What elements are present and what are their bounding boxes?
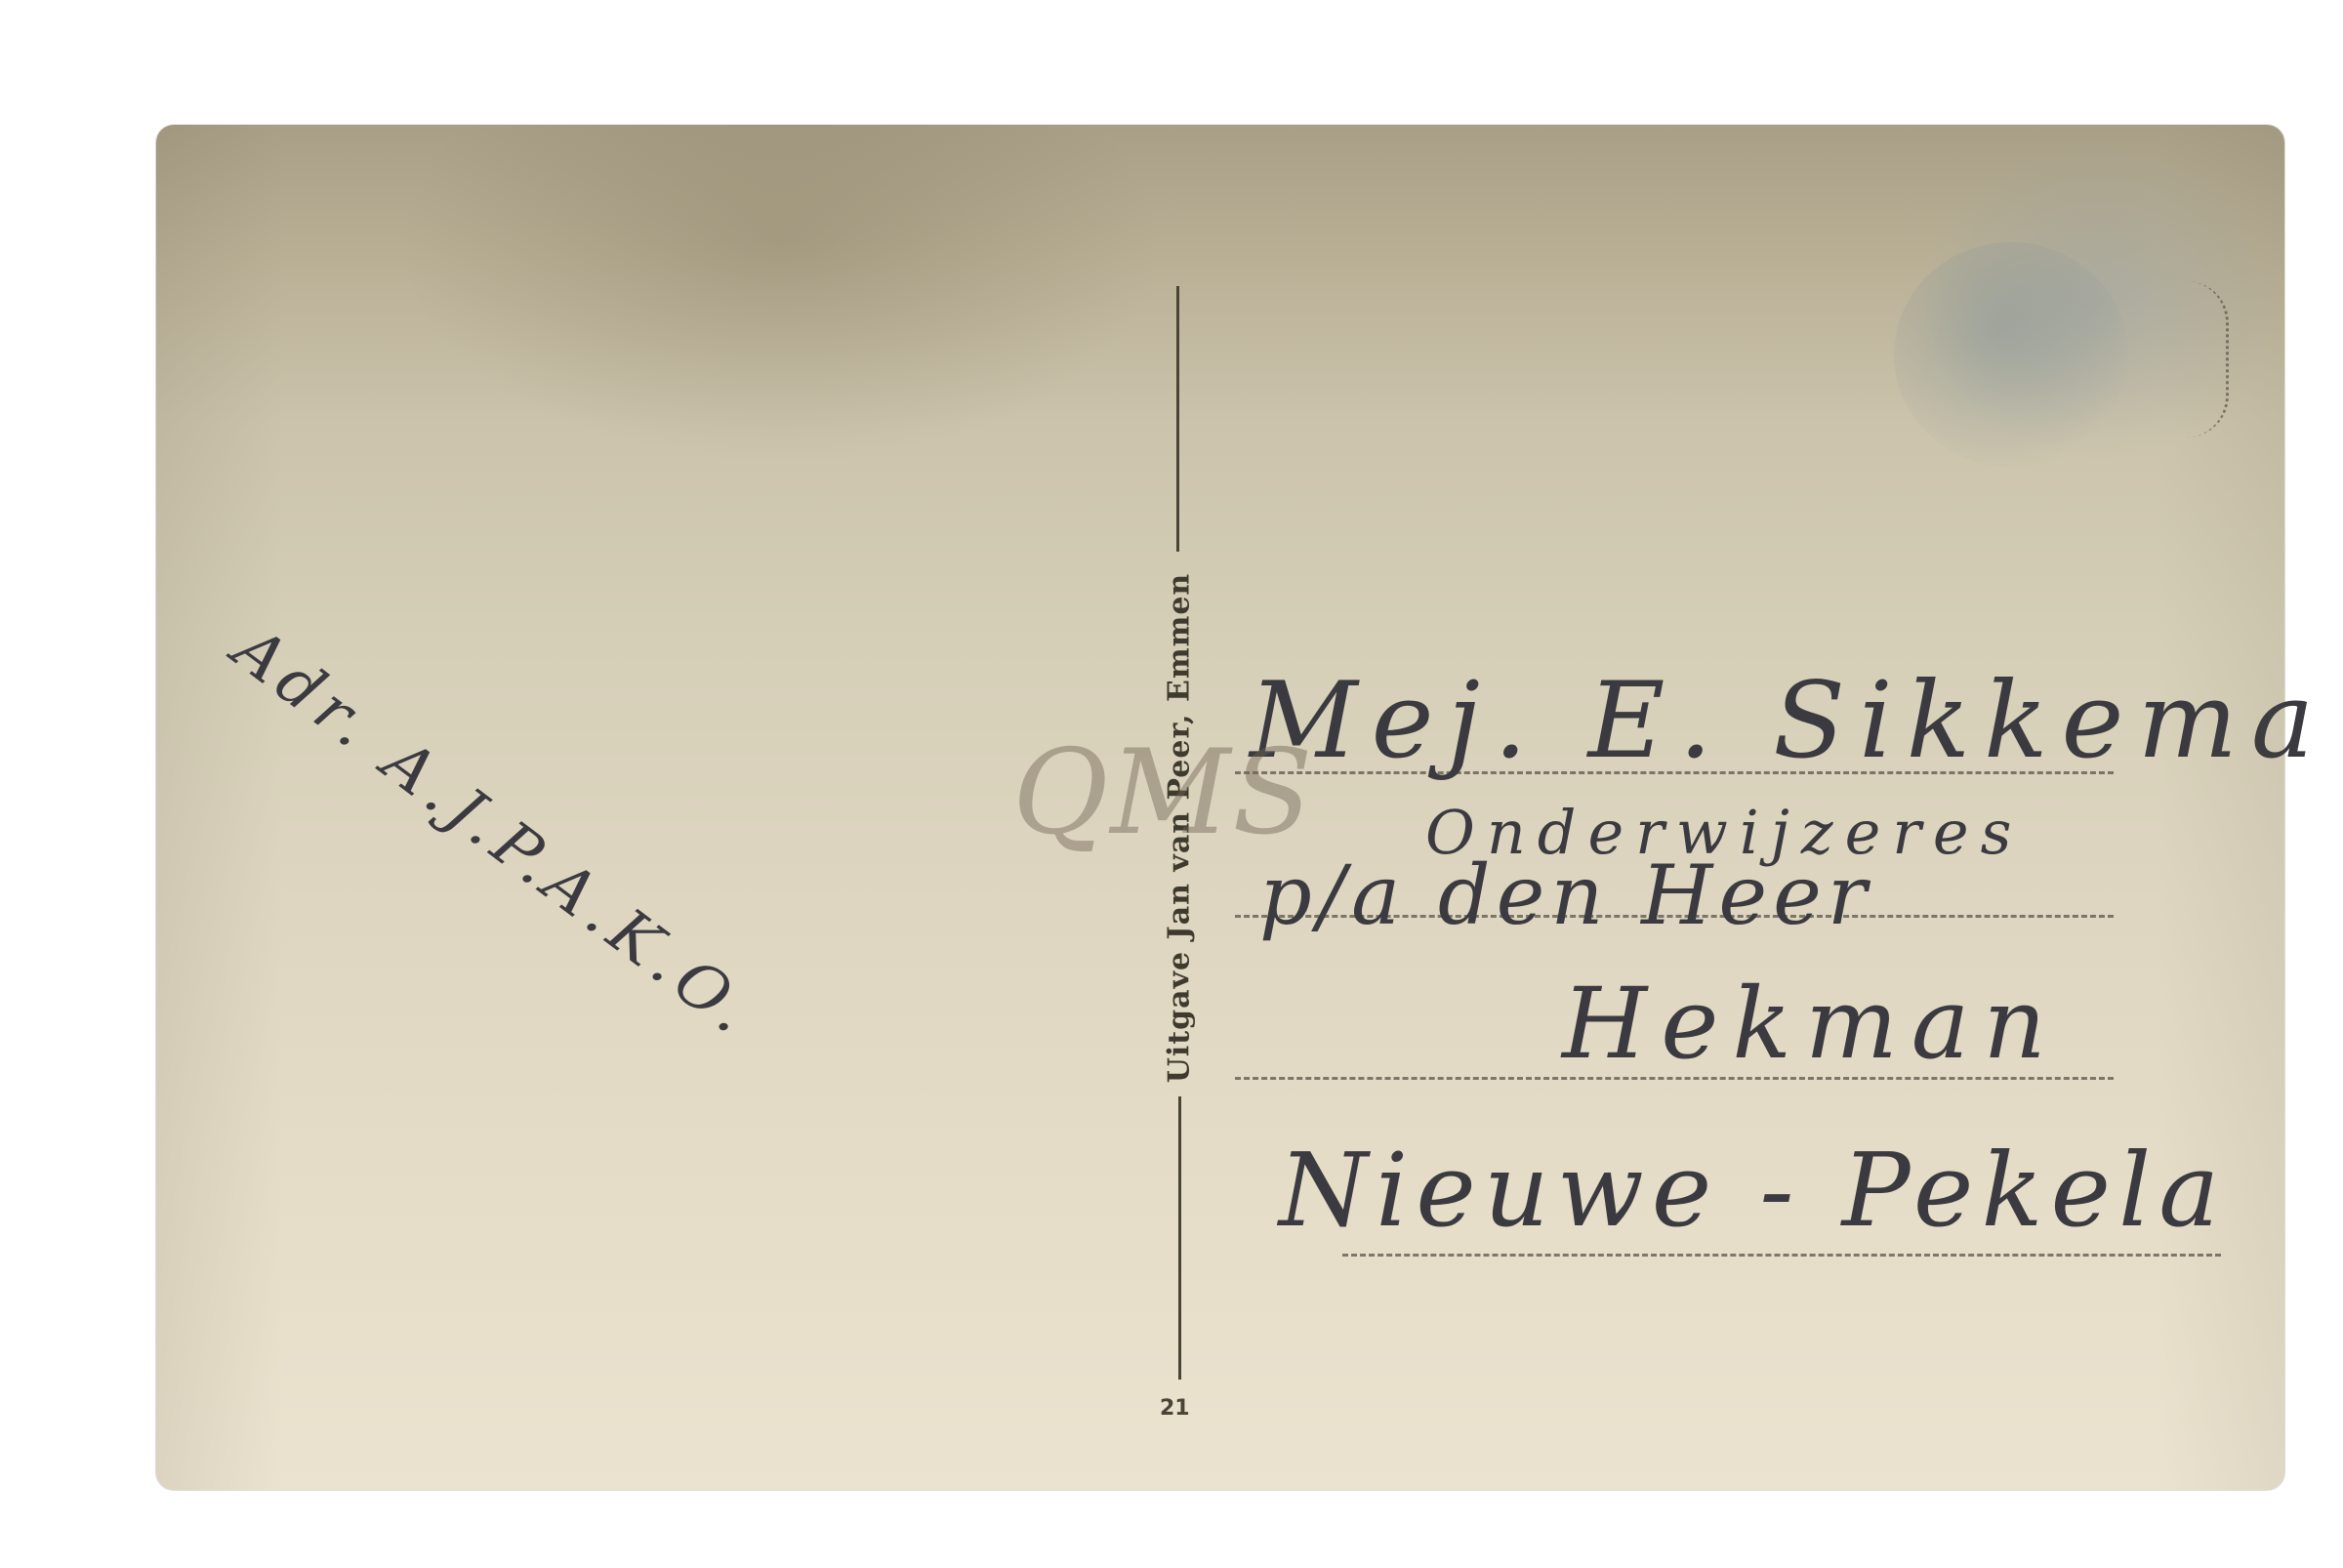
host-name: Hekman [1562, 967, 2060, 1081]
watermark: QMS [1012, 725, 1314, 861]
cancellation-mark [2187, 281, 2229, 437]
addressee-name: Mej. E. Sikkema [1250, 660, 2327, 782]
postcard: Uitgave Jan van Peer, Emmen 21 Adr. A.J.… [156, 125, 2284, 1490]
town-name: Nieuwe - Pekela [1279, 1131, 2227, 1250]
care-of-line: p/a den Heer [1259, 847, 1872, 943]
stamp-mark [1894, 242, 2128, 467]
center-divider-bottom [1178, 1096, 1181, 1380]
card-number: 21 [1160, 1396, 1190, 1421]
center-divider-top [1176, 286, 1179, 552]
address-line [1342, 1254, 2221, 1257]
sender-note: Adr. A.J.P.A.K.O. [220, 613, 769, 1052]
